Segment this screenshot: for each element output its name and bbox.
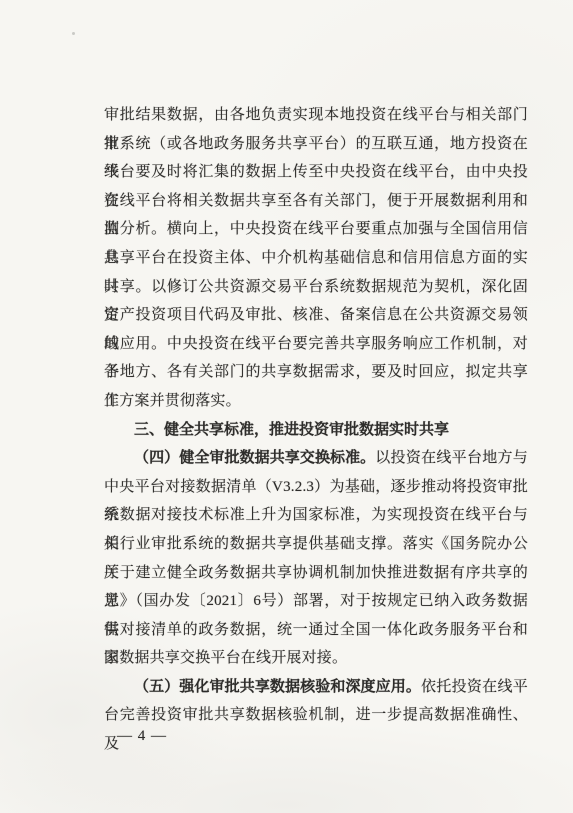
text-line: 台完善投资审批共享数据核验机制，进一步提高数据准确性、及 bbox=[104, 701, 528, 730]
text-line: 审批结果数据，由各地负责实现本地投资在线平台与相关部门审 bbox=[104, 101, 528, 130]
text-line: 关行业审批系统的数据共享提供基础支撑。落实《国务院办公厅 bbox=[104, 530, 528, 559]
text-line: 作方案并贯彻落实。 bbox=[104, 387, 528, 416]
emphasis-text: （四）健全审批数据共享交换标准。 bbox=[134, 449, 375, 466]
emphasis-text: （五）强化审批共享数据核验和深度应用。 bbox=[134, 678, 421, 695]
text-line: 各地方、各有关部门的共享数据需求，要及时回应，拟定共享工 bbox=[104, 358, 528, 387]
text-line: 共享。以修订公共资源交易平台系统数据规范为契机，深化固定 bbox=[104, 273, 528, 302]
text-line: 资产投资项目代码及审批、核准、备案信息在公共资源交易领域 bbox=[104, 301, 528, 330]
text-line: 统数据对接技术标准上升为国家标准，为实现投资在线平台与相 bbox=[104, 501, 528, 530]
scanned-document-page: 审批结果数据，由各地负责实现本地投资在线平台与相关部门审批系统（或各地政务服务共… bbox=[0, 0, 573, 813]
text-line: 需对接清单的政务数据，统一通过全国一体化政务服务平台和国 bbox=[104, 616, 528, 645]
text-line: 共享平台在投资主体、中介机构基础信息和信用信息方面的实时 bbox=[104, 244, 528, 273]
section-heading: 三、健全共享标准，推进投资审批数据实时共享 bbox=[104, 416, 528, 445]
text-line: 见》（国办发〔2021〕6号）部署，对于按规定已纳入政务数据供 bbox=[104, 587, 528, 616]
text-line: 家数据共享交换平台在线开展对接。 bbox=[104, 644, 528, 673]
text-line: 批系统（或各地政务服务共享平台）的互联互通，地方投资在线 bbox=[104, 130, 528, 159]
scan-speck bbox=[72, 32, 75, 35]
page-number: — 4 — bbox=[117, 729, 167, 744]
text-line: 在线平台将相关数据共享至各有关部门，便于开展数据利用和监 bbox=[104, 187, 528, 216]
body-text: 台完善投资审批共享数据核验机制，进一步提高数据准确性、及 bbox=[104, 707, 528, 752]
document-body: 审批结果数据，由各地负责实现本地投资在线平台与相关部门审批系统（或各地政务服务共… bbox=[104, 101, 528, 730]
text-line: 平台要及时将汇集的数据上传至中央投资在线平台，由中央投资 bbox=[104, 158, 528, 187]
body-text: 家数据共享交换平台在线开展对接。 bbox=[104, 650, 347, 666]
text-line: （四）健全审批数据共享交换标准。以投资在线平台地方与 bbox=[104, 444, 528, 473]
emphasis-text: 三、健全共享标准，推进投资审批数据实时共享 bbox=[134, 421, 449, 438]
page-number-text: — 4 — bbox=[117, 728, 167, 744]
text-line: 测分析。横向上，中央投资在线平台要重点加强与全国信用信息 bbox=[104, 215, 528, 244]
body-text: 以投资在线平台地方与 bbox=[375, 450, 528, 466]
text-line: 关于建立健全政务数据共享协调机制加快推进数据有序共享的意 bbox=[104, 559, 528, 588]
text-line: 的应用。中央投资在线平台要完善共享服务响应工作机制，对于 bbox=[104, 330, 528, 359]
body-text: 依托投资在线平 bbox=[421, 679, 528, 695]
body-text: 作方案并贯彻落实。 bbox=[104, 393, 241, 409]
text-line: （五）强化审批共享数据核验和深度应用。依托投资在线平 bbox=[104, 673, 528, 702]
text-line: 中央平台对接数据清单（V3.2.3）为基础，逐步推动将投资审批系 bbox=[104, 473, 528, 502]
